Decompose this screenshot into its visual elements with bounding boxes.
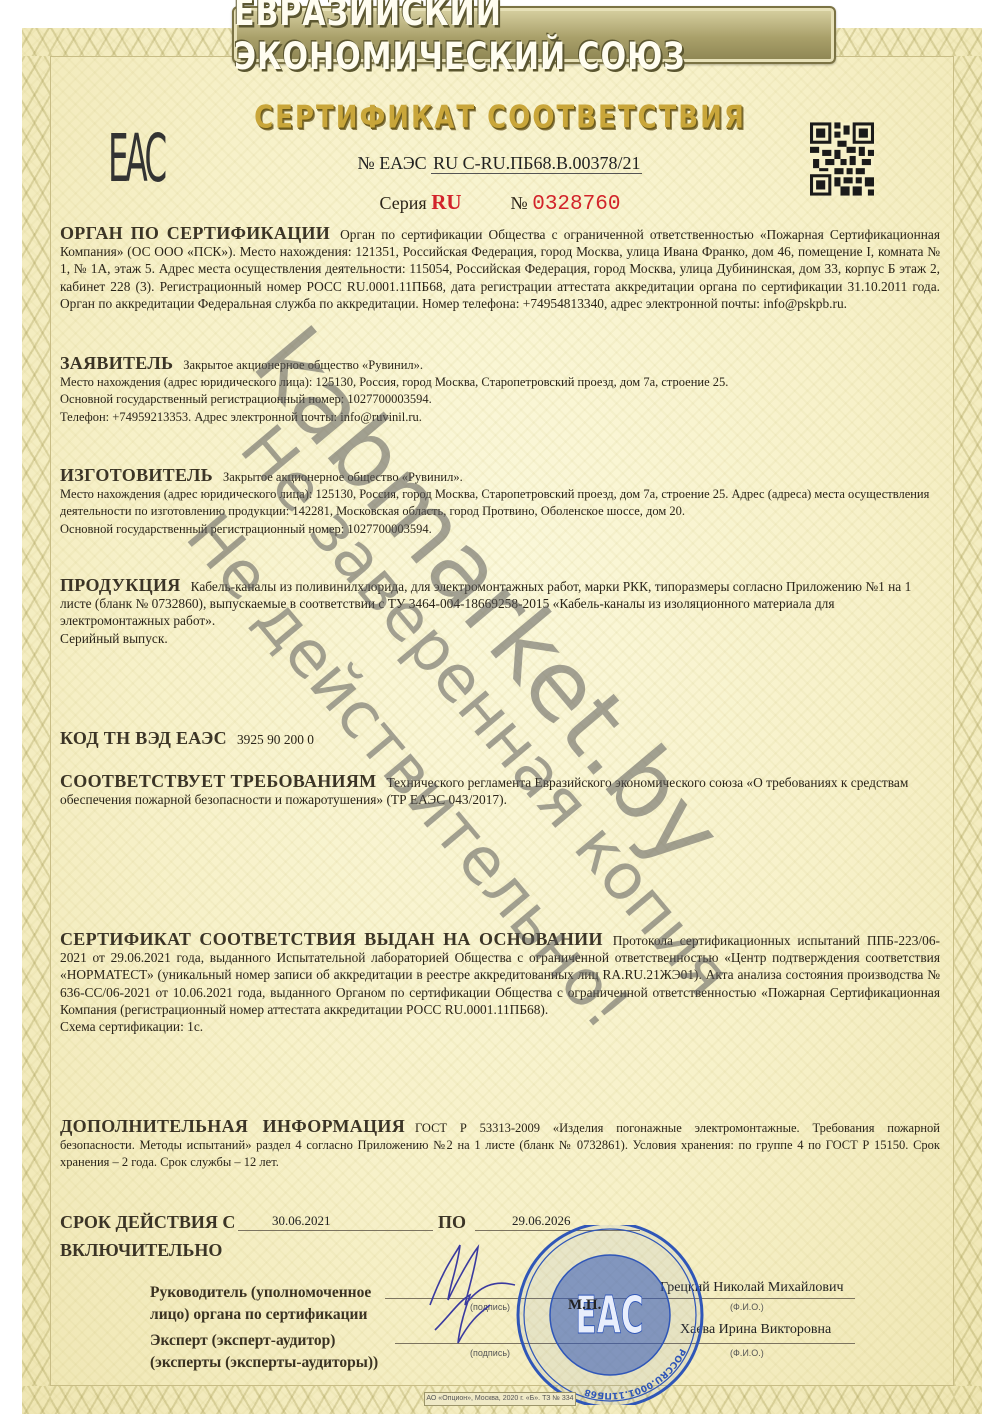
basis-label: СЕРТИФИКАТ СООТВЕТСТВИЯ ВЫДАН НА ОСНОВАН… (60, 929, 603, 949)
blank-number-prefix: № (511, 193, 528, 213)
expert-label-line-2: (эксперты (эксперты-аудиторы)) (150, 1352, 378, 1374)
svg-text:ЕАС: ЕАС (575, 1286, 643, 1347)
expert-label: Эксперт (эксперт-аудитор) (эксперты (экс… (150, 1330, 378, 1374)
manufacturer-address: Место нахождения (адрес юридического лиц… (60, 486, 940, 520)
certificate-title: СЕРТИФИКАТ СООТВЕТСТВИЯ (254, 100, 746, 136)
expert-name-caption: (Ф.И.О.) (730, 1348, 764, 1358)
product-text: Кабель-каналы из поливинилхлорида, для э… (60, 579, 911, 628)
validity-inclusive-label: ВКЛЮЧИТЕЛЬНО (60, 1240, 222, 1261)
applicant-contacts: Телефон: +74959213353. Адрес электронной… (60, 409, 940, 426)
manufacturer-label: ИЗГОТОВИТЕЛЬ (60, 465, 213, 485)
additional-label: ДОПОЛНИТЕЛЬНАЯ ИНФОРМАЦИЯ (60, 1116, 405, 1136)
requirements-label: СООТВЕТСТВУЕТ ТРЕБОВАНИЯМ (60, 771, 376, 791)
series-value: RU (431, 190, 461, 214)
blank-number: 0328760 (532, 193, 620, 216)
certification-scheme: Схема сертификации: 1с. (60, 1018, 940, 1035)
head-label-line-2: лицо) органа по сертификации (150, 1304, 371, 1326)
printer-imprint: АО «Опцион», Москва, 2020 г. «Б». ТЗ № 3… (424, 1392, 576, 1406)
applicant-name: Закрытое акционерное общество «Рувинил». (183, 358, 423, 372)
product-release: Серийный выпуск. (60, 630, 940, 647)
tn-ved-value: 3925 90 200 0 (237, 732, 314, 747)
head-name-caption: (Ф.И.О.) (730, 1302, 764, 1312)
series-label: Серия (380, 193, 427, 213)
validity-from-date: 30.06.2021 (272, 1213, 331, 1229)
number-prefix: № ЕАЭС (358, 153, 427, 173)
number-value: RU С-RU.ПБ68.В.00378/21 (431, 153, 642, 174)
section-product: ПРОДУКЦИЯКабель-каналы из поливинилхлори… (60, 577, 940, 647)
section-manufacturer: ИЗГОТОВИТЕЛЬЗакрытое акционерное обществ… (60, 467, 940, 538)
section-tn-ved: КОД ТН ВЭД ЕАЭС3925 90 200 0 (60, 730, 940, 748)
tn-ved-label: КОД ТН ВЭД ЕАЭС (60, 728, 227, 748)
manufacturer-name: Закрытое акционерное общество «Рувинил». (223, 470, 463, 484)
manufacturer-ogrn: Основной государственный регистрационный… (60, 521, 940, 538)
applicant-label: ЗАЯВИТЕЛЬ (60, 353, 173, 373)
expert-label-line-1: Эксперт (эксперт-аудитор) (150, 1330, 378, 1352)
applicant-address: Место нахождения (адрес юридического лиц… (60, 374, 940, 391)
section-basis: СЕРТИФИКАТ СООТВЕТСТВИЯ ВЫДАН НА ОСНОВАН… (60, 931, 940, 1035)
section-certification-body: ОРГАН ПО СЕРТИФИКАЦИИОрган по сертификац… (60, 225, 940, 312)
seal-caption: М.П. (568, 1297, 601, 1314)
applicant-ogrn: Основной государственный регистрационный… (60, 391, 940, 408)
section-additional: ДОПОЛНИТЕЛЬНАЯ ИНФОРМАЦИЯГОСТ Р 53313-20… (60, 1118, 940, 1172)
official-seal-icon: РОССRU.0001.11ПБ68 ЕАС (510, 1225, 710, 1405)
certification-body-label: ОРГАН ПО СЕРТИФИКАЦИИ (60, 223, 330, 243)
union-banner: ЕВРАЗИЙСКИЙ ЭКОНОМИЧЕСКИЙ СОЮЗ (232, 6, 836, 64)
product-label: ПРОДУКЦИЯ (60, 575, 181, 595)
head-label: Руководитель (уполномоченное лицо) орган… (150, 1282, 371, 1326)
union-title: ЕВРАЗИЙСКИЙ ЭКОНОМИЧЕСКИЙ СОЮЗ (234, 0, 834, 79)
qr-code-icon (810, 122, 874, 196)
section-applicant: ЗАЯВИТЕЛЬЗакрытое акционерное общество «… (60, 355, 940, 426)
validity-from-label: СРОК ДЕЙСТВИЯ С (60, 1212, 235, 1233)
head-label-line-1: Руководитель (уполномоченное (150, 1282, 371, 1304)
section-requirements: СООТВЕТСТВУЕТ ТРЕБОВАНИЯМТехнического ре… (60, 773, 940, 808)
validity-from-line (238, 1230, 433, 1231)
